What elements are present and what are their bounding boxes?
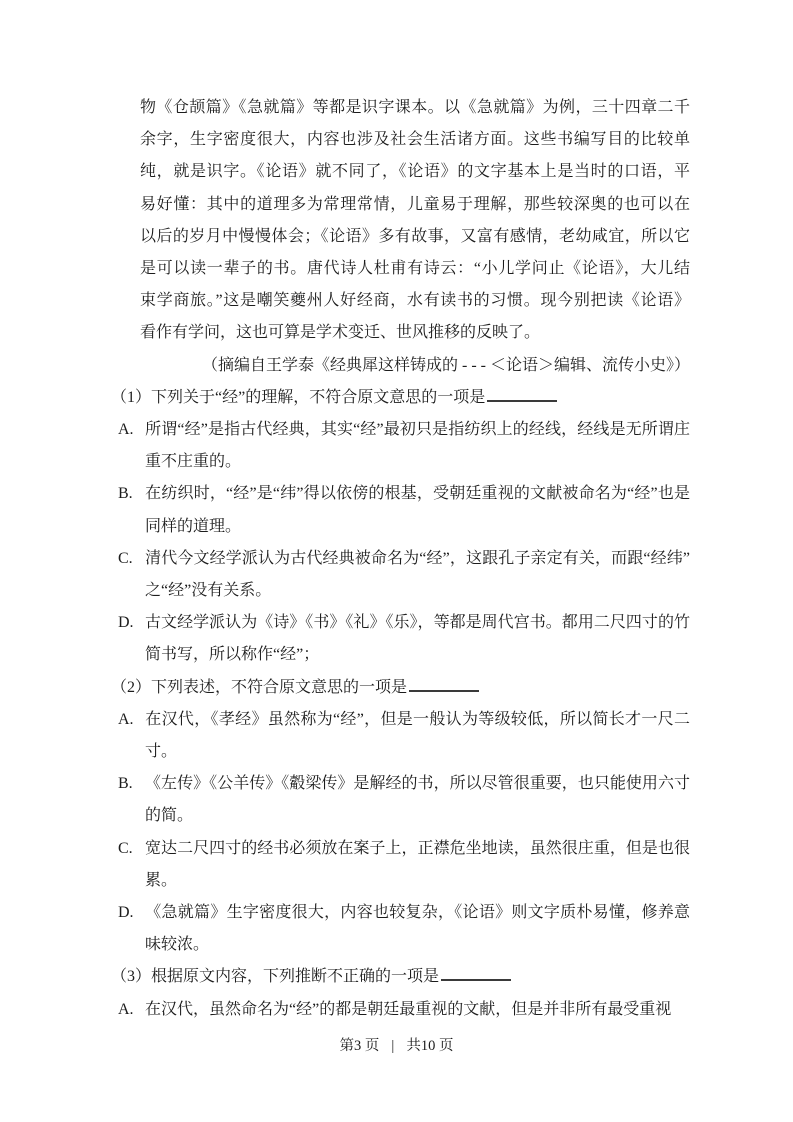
answer-blank (487, 387, 557, 402)
option-text: 所谓“经”是指古代经典，其实“经”最初只是指纺织上的经线，经线是无所谓庄重不庄重… (145, 421, 690, 470)
option-text: 古文经学派认为《诗》《书》《礼》《乐》，等都是周代宫书。都用二尺四寸的竹简书写，… (145, 614, 690, 663)
option-text: 清代今文经学派认为古代经典被命名为“经”，这跟孔子亲定有关，而跟“经纬”之“经”… (145, 550, 690, 599)
page-number: 第3 页 (340, 1038, 380, 1054)
page-separator: | (391, 1036, 394, 1056)
option-text: 在汉代，《孝经》虽然称为“经”，但是一般认为等级较低，所以简长才一尺二寸。 (145, 711, 690, 760)
question-2-stem-text: （2）下列表述，不符合原文意思的一项是 (111, 679, 407, 696)
option-label: A. (118, 414, 145, 446)
option-text: 《急就篇》生字密度很大，内容也较复杂，《论语》则文字质朴易懂，修养意味较浓。 (145, 904, 690, 953)
question-1-stem: （1）下列关于“经”的理解，不符合原文意思的一项是 (111, 382, 690, 414)
question-1-option-d: D.古文经学派认为《诗》《书》《礼》《乐》，等都是周代宫书。都用二尺四寸的竹简书… (118, 607, 690, 671)
passage-line: 看作有学问，这也可算是学术变迁、世风推移的反映了。 (140, 317, 690, 349)
passage-line: 束学商旅。”这是嘲笑夔州人好经商，水有读书的习惯。现今别把读《论语》 (140, 285, 690, 317)
answer-blank (441, 966, 511, 981)
question-3-stem: （3）根据原文内容，下列推断不正确的一项是 (111, 961, 690, 993)
option-label: C. (118, 543, 145, 575)
passage-line: 物《仓颉篇》《急就篇》等都是识字课本。以《急就篇》为例，三十四章二千 (140, 92, 690, 124)
answer-blank (409, 677, 479, 692)
option-label: B. (118, 768, 145, 800)
option-text: 宽达二尺四寸的经书必须放在案子上，正襟危坐地读，虽然很庄重，但是也很累。 (145, 840, 690, 889)
passage-line: 纯，就是识字。《论语》就不同了，《论语》的文字基本上是当时的口语，平 (140, 156, 690, 188)
question-2-option-c: C.宽达二尺四寸的经书必须放在案子上，正襟危坐地读，虽然很庄重，但是也很累。 (118, 833, 690, 897)
option-label: A. (118, 704, 145, 736)
passage-line: 余字，生字密度很大，内容也涉及社会生活诸方面。这些书编写目的比较单 (140, 124, 690, 156)
page-total: 共10 页 (406, 1038, 453, 1054)
question-3-option-a: A.在汉代，虽然命名为“经”的都是朝廷最重视的文献，但是并非所有最受重视 (118, 994, 690, 1026)
question-1-stem-text: （1）下列关于“经”的理解，不符合原文意思的一项是 (111, 389, 485, 406)
question-1-option-c: C.清代今文经学派认为古代经典被命名为“经”，这跟孔子亲定有关，而跟“经纬”之“… (118, 543, 690, 607)
passage-line: 以后的岁月中慢慢体会；《论语》多有故事，又富有感情，老幼咸宜，所以它 (140, 221, 690, 253)
question-1-option-a: A.所谓“经”是指古代经典，其实“经”最初只是指纺织上的经线，经线是无所谓庄重不… (118, 414, 690, 478)
question-1-option-b: B.在纺织时，“经”是“纬”得以依傍的根基，受朝廷重视的文献被命名为“经”也是同… (118, 478, 690, 542)
passage-line: 是可以读一辈子的书。唐代诗人杜甫有诗云：“小儿学问止《论语》，大儿结 (140, 253, 690, 285)
question-2-stem: （2）下列表述，不符合原文意思的一项是 (111, 672, 690, 704)
option-text: 在汉代，虽然命名为“经”的都是朝廷最重视的文献，但是并非所有最受重视 (145, 1001, 671, 1018)
question-3-stem-text: （3）根据原文内容，下列推断不正确的一项是 (111, 968, 439, 985)
question-2-option-b: B.《左传》《公羊传》《觳梁传》是解经的书，所以尽管很重要，也只能使用六寸的简。 (118, 768, 690, 832)
option-label: D. (118, 897, 145, 929)
page-footer: 第3 页|共10 页 (0, 1036, 793, 1056)
document-page: 物《仓颉篇》《急就篇》等都是识字课本。以《急就篇》为例，三十四章二千 余字，生字… (0, 0, 793, 1026)
option-text: 《左传》《公羊传》《觳梁传》是解经的书，所以尽管很重要，也只能使用六寸的简。 (145, 775, 690, 824)
question-2-option-d: D.《急就篇》生字密度很大，内容也较复杂，《论语》则文字质朴易懂，修养意味较浓。 (118, 897, 690, 961)
passage-line: 易好懂：其中的道理多为常理常情，儿童易于理解，那些较深奥的也可以在 (140, 189, 690, 221)
option-text: 在纺织时，“经”是“纬”得以依傍的根基，受朝廷重视的文献被命名为“经”也是同样的… (145, 485, 690, 534)
option-label: C. (118, 833, 145, 865)
option-label: A. (118, 994, 145, 1026)
question-2-option-a: A.在汉代，《孝经》虽然称为“经”，但是一般认为等级较低，所以简长才一尺二寸。 (118, 704, 690, 768)
option-label: B. (118, 478, 145, 510)
passage-attribution: （摘编自王学泰《经典犀这样铸成的 - - - ＜论语＞编辑、流传小史》） (140, 350, 690, 382)
option-label: D. (118, 607, 145, 639)
